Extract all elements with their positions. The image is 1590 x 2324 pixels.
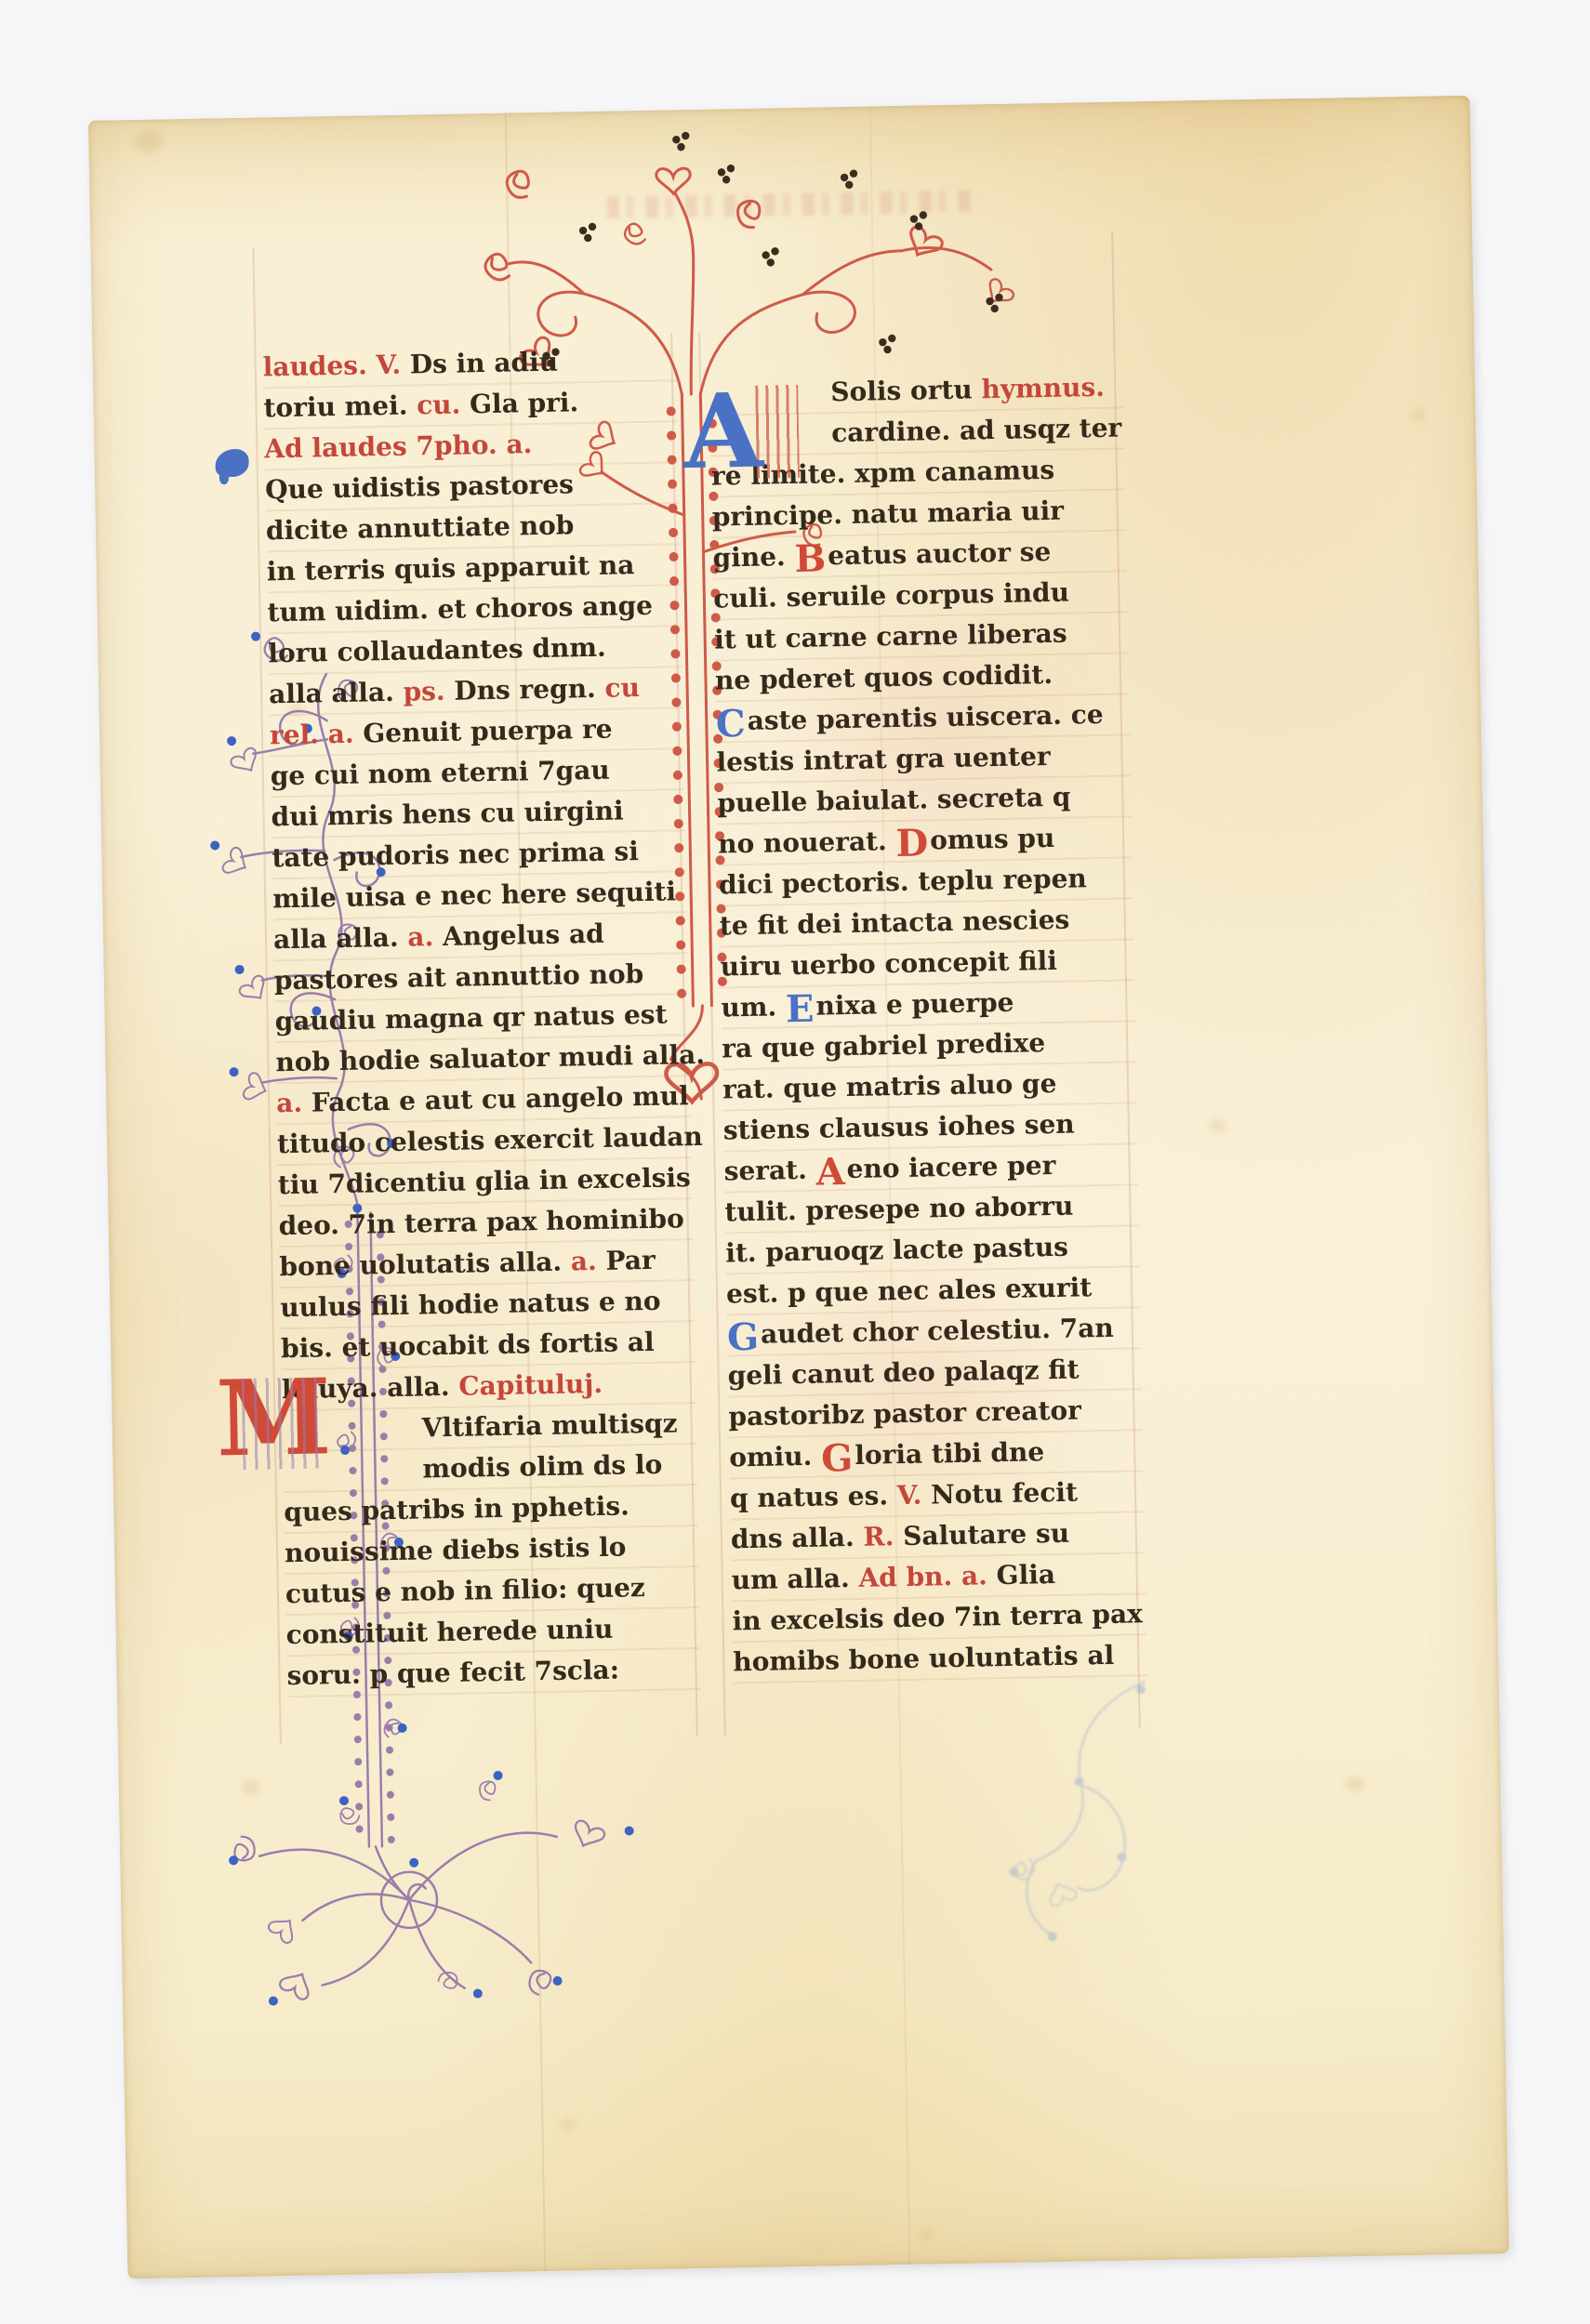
- ink-text: eatus auctor se: [828, 536, 1052, 571]
- ink-text: toriu mei.: [263, 390, 417, 423]
- ink-text: culi. seruile corpus indu: [713, 577, 1069, 614]
- ink-text: cutus e nob in filio: quez: [285, 1572, 645, 1609]
- rubric-text: V.: [896, 1479, 931, 1511]
- ink-text: titudo celestis exercit laudan: [277, 1121, 703, 1159]
- ink-text: um.: [721, 991, 786, 1023]
- rubric-text: R.: [863, 1521, 903, 1552]
- ink-text: eno iacere per: [846, 1150, 1055, 1184]
- illuminated-initial-a: A: [682, 380, 763, 484]
- photograph-background: A M laudes. V. Ds in adiutoriu mei. cu. …: [0, 0, 1590, 2324]
- ink-text: Angelus ad: [443, 918, 604, 952]
- inline-initial: G: [727, 1315, 762, 1360]
- ink-text: Notu fecit: [931, 1477, 1078, 1511]
- ink-text: Vltifaria multisqz: [421, 1407, 677, 1443]
- ink-text: rat. que matris aluo ge: [722, 1068, 1057, 1105]
- ink-text: modis olim ds lo: [422, 1449, 662, 1485]
- ink-text: alla alla.: [273, 922, 408, 956]
- ink-text: ra que gabriel predixe: [722, 1027, 1045, 1063]
- ink-text: cardine. ad usqz ter: [831, 413, 1122, 449]
- ink-text: nouissime diebs istis lo: [285, 1531, 627, 1568]
- ink-text: Salutare su: [903, 1518, 1069, 1552]
- ink-text: principe. natu maria uir: [711, 495, 1064, 533]
- ink-text: tulit. presepe no aborru: [724, 1191, 1073, 1228]
- initial-letter: A: [682, 371, 764, 493]
- rubric-text: laudes. V.: [262, 350, 410, 383]
- ink-text: Solis ortu: [830, 374, 982, 407]
- ink-text: puelle baiulat. secreta q: [717, 782, 1071, 819]
- ink-text: lestis intrat gra uenter: [716, 741, 1051, 778]
- ink-text: omus pu: [930, 823, 1055, 855]
- ink-text: Glia: [996, 1559, 1055, 1591]
- ink-text: audet chor celestiu. 7an: [761, 1313, 1114, 1350]
- rubric-text: a.: [407, 921, 443, 953]
- ink-text: dui mris hens cu uirgini: [271, 795, 624, 832]
- ink-text: bis. et uocabit ds fortis al: [281, 1327, 655, 1364]
- ink-text: it. paruoqz lacte pastus: [725, 1232, 1068, 1269]
- ink-text: gaudiu magna qr natus est: [274, 999, 667, 1037]
- manuscript-leaf: A M laudes. V. Ds in adiutoriu mei. cu. …: [88, 96, 1509, 2279]
- ink-text: nob hodie saluator mudi alla.: [275, 1039, 705, 1077]
- rubric-text: ps.: [403, 676, 454, 707]
- ink-text: homibs bone uoluntatis al: [733, 1640, 1114, 1678]
- ink-text: dici pectoris. teplu repen: [719, 863, 1087, 900]
- ink-text: Dns regn.: [454, 673, 605, 706]
- ink-text: dns alla.: [731, 1522, 864, 1555]
- ink-text: aste parentis uiscera. ce: [747, 699, 1104, 736]
- ink-text: deo. 7in terra pax hominibo: [278, 1203, 684, 1241]
- rubric-text: cu: [604, 672, 640, 704]
- show-through-flourish: [958, 1663, 1168, 1955]
- rubric-text: hymnus.: [981, 372, 1105, 404]
- rubric-text: a.: [571, 1246, 606, 1277]
- ink-text: gine.: [712, 541, 794, 574]
- inline-initial: D: [895, 821, 931, 865]
- ink-text: omiu.: [729, 1441, 821, 1473]
- column-left: laudes. V. Ds in adiutoriu mei. cu. Gla …: [262, 344, 701, 1701]
- ink-text: constituit herede uniu: [285, 1614, 613, 1650]
- ink-text: q natus es.: [730, 1480, 897, 1513]
- ink-text: it ut carne carne liberas: [714, 618, 1067, 655]
- ink-text: uulus fili hodie natus e no: [280, 1286, 661, 1323]
- ink-text: Par: [605, 1245, 656, 1276]
- inline-initial: B: [794, 536, 828, 581]
- foxing-spot: [1345, 1776, 1365, 1791]
- ink-text: nixa e puerpe: [815, 987, 1014, 1022]
- ink-text: loria tibi dne: [855, 1436, 1044, 1471]
- inline-initial: C: [715, 702, 748, 746]
- rubric-text: a.: [276, 1088, 311, 1119]
- rubric-text: rel. a.: [270, 719, 364, 751]
- initial-penwork-stripes: [242, 1377, 327, 1470]
- ink-text: in terris quis apparuit na: [266, 549, 634, 587]
- rubric-text: Capituluj.: [458, 1368, 603, 1402]
- ink-text: dicite annuttiate nob: [266, 509, 575, 546]
- ink-text: ge cui nom eterni 7gau: [270, 755, 610, 792]
- ink-text: tum uidim. et choros ange: [267, 590, 653, 628]
- ink-text: no nouerat.: [718, 825, 896, 860]
- ink-text: pastores ait annuttio nob: [274, 958, 644, 996]
- ink-text: um alla.: [731, 1563, 858, 1596]
- ink-text: pastoribz pastor creator: [728, 1394, 1081, 1432]
- blue-paraph-mark: [215, 449, 249, 478]
- foxing-spot: [135, 130, 163, 153]
- ink-text: ques patribs in pphetis.: [284, 1490, 629, 1527]
- ink-text: alla alla.: [269, 677, 404, 710]
- inline-initial: G: [821, 1436, 855, 1481]
- rubric-text: Ad bn. a.: [858, 1560, 997, 1593]
- ink-text: Facta e aut cu angelo mul: [311, 1080, 689, 1117]
- ink-text: Ds in adiu: [410, 347, 559, 380]
- ink-text: loru collaudantes dnm.: [268, 632, 606, 669]
- ink-text: tate pudoris nec prima si: [272, 836, 639, 873]
- foxing-spot: [560, 2119, 575, 2132]
- rubric-text: Ad laudes 7pho. a.: [264, 429, 533, 464]
- ink-text: ne pderet quos codidit.: [715, 659, 1053, 696]
- ink-text: tiu 7dicentiu glia in excelsis: [278, 1162, 691, 1200]
- foxing-spot: [1210, 1119, 1226, 1132]
- ink-text: in excelsis deo 7in terra pax: [732, 1598, 1143, 1636]
- ink-text: soru. p que fecit 7scla:: [286, 1655, 619, 1692]
- ink-text: Genuit puerpa re: [363, 714, 613, 749]
- ink-text: est. p que nec ales exurit: [726, 1272, 1093, 1309]
- ink-text: serat.: [723, 1155, 815, 1187]
- foxing-spot: [920, 2229, 933, 2240]
- rubric-text: cu.: [417, 389, 470, 420]
- ink-text: Gla pri.: [470, 387, 579, 419]
- ink-text: te fit dei intacta nescies: [720, 905, 1070, 942]
- column-right: Solis ortu hymnus.cardine. ad usqz terre…: [709, 371, 1147, 1687]
- text-line: soru. p que fecit 7scla:: [286, 1653, 701, 1701]
- ink-text: stiens clausus iohes sen: [723, 1109, 1075, 1146]
- illuminated-initial-m: M: [215, 1366, 332, 1472]
- text-line: homibs bone uoluntatis al: [733, 1639, 1147, 1687]
- ink-text: Que uidistis pastores: [265, 469, 574, 505]
- ink-text: uiru uerbo concepit fili: [720, 945, 1057, 983]
- foxing-spot: [1411, 409, 1425, 421]
- ink-text: geli canut deo palaqz fit: [727, 1354, 1079, 1392]
- ink-text: mile uisa e nec here sequiti: [272, 876, 676, 914]
- inline-initial: E: [786, 987, 816, 1032]
- ink-text: bone uolutatis alla.: [279, 1247, 571, 1283]
- inline-initial: A: [815, 1150, 847, 1195]
